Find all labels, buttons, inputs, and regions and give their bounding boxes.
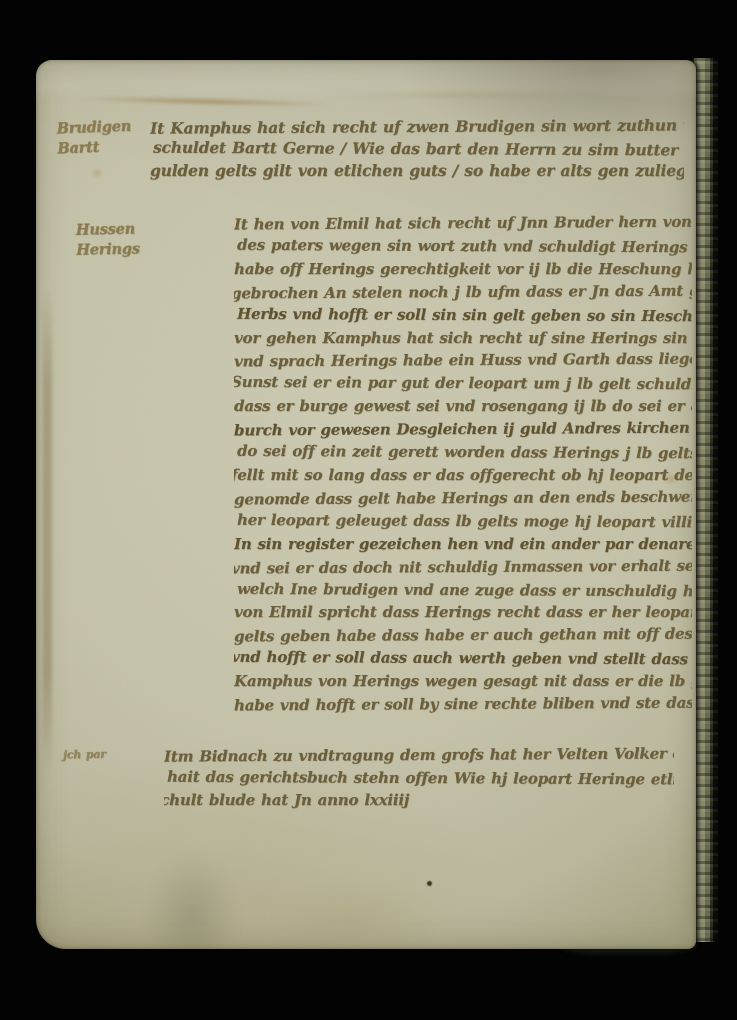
- manuscript-text-line: schult blude hat Jn anno lxxiiij: [164, 789, 674, 812]
- manuscript-text-line: vnd sprach Herings habe ein Huss vnd Gar…: [234, 348, 692, 374]
- bottom-left-smudge: [146, 855, 238, 949]
- manuscript-page: Brudigen Bartt Hussen Herings jch par It…: [36, 60, 696, 949]
- margin-note-line: Bartt: [57, 137, 132, 160]
- margin-note-jch-par: jch par: [63, 745, 106, 766]
- manuscript-text-line: habe off Herings gerechtigkeit vor ij lb…: [234, 258, 692, 281]
- manuscript-text-line: gebrochen An stelen noch j lb ufm dass e…: [234, 279, 692, 305]
- ink-dot: [427, 881, 432, 886]
- manuscript-text-line: burch vor gewesen Desgleichen ij guld An…: [234, 417, 692, 443]
- manuscript-text-line: hait das gerichtsbuch stehn offen Wie hj…: [167, 765, 674, 790]
- manuscript-text-line: gelts geben habe dass habe er auch getha…: [234, 623, 692, 649]
- manuscript-text-line: des paters wegen sin wort zuth vnd schul…: [237, 234, 692, 259]
- manuscript-text-line: vor gehen Kamphus hat sich recht uf sine…: [234, 327, 692, 350]
- paragraph-3: Itm Bidnach zu vndtragung dem grofs hat …: [164, 744, 674, 812]
- manuscript-text-line: do sei off ein zeit gerett worden dass H…: [237, 440, 692, 465]
- manuscript-text-line: Sunst sei er ein par gut der leopart um …: [234, 371, 692, 396]
- manuscript-text-line: Kamphus von Herings wegen gesagt nit das…: [234, 670, 692, 693]
- paragraph-1: It Kamphus hat sich recht uf zwen Brudig…: [150, 116, 684, 182]
- margin-note-brudigen: Brudigen Bartt: [56, 117, 132, 160]
- manuscript-text-line: vnd hofft er soll dass auch werth geben …: [234, 646, 692, 671]
- margin-note-line: Brudigen: [56, 117, 131, 140]
- foxing-spot: [91, 168, 103, 178]
- manuscript-text-line: welch Ine brudigen vnd ane zuge dass er …: [237, 577, 692, 602]
- manuscript-text-line: gulden gelts gilt von etlichen guts / so…: [150, 160, 684, 182]
- top-crease-faint: [316, 92, 616, 98]
- margin-note-hussen-herings: Hussen Herings: [76, 219, 140, 260]
- manuscript-text-line: dass er burge gewest sei vnd rosengang i…: [234, 395, 692, 418]
- bottom-middle-stain: [266, 890, 436, 949]
- manuscript-text-line: Herbs vnd hofft er soll sin sin gelt geb…: [237, 302, 692, 327]
- margin-note-line: Hussen: [76, 219, 140, 240]
- margin-note-line: jch par: [63, 745, 106, 766]
- paragraph-2: It hen von Elmil hat sich recht uf Jnn B…: [234, 212, 692, 716]
- manuscript-text-line: Itm Bidnach zu vndtragung dem grofs hat …: [164, 744, 674, 768]
- manuscript-text-line: fellt mit so lang dass er das offgerecht…: [234, 464, 692, 487]
- manuscript-text-line: In sin register gezeichen hen vnd ein an…: [234, 533, 692, 556]
- manuscript-text-line: her leopart geleuget dass lb gelts moge …: [237, 509, 692, 534]
- manuscript-text-line: genomde dass gelt habe Herings an den en…: [234, 485, 692, 511]
- manuscript-text-line: vnd sei er das doch nit schuldig Inmasse…: [234, 554, 692, 580]
- left-edge-crease: [43, 290, 52, 770]
- manuscript-photo: Brudigen Bartt Hussen Herings jch par It…: [0, 0, 737, 1020]
- manuscript-text-line: habe vnd hofft er soll by sine rechte bl…: [234, 692, 692, 716]
- manuscript-text-line: It hen von Elmil hat sich recht uf Jnn B…: [234, 212, 692, 236]
- manuscript-text-line: schuldet Bartt Gerne / Wie das bart den …: [153, 137, 684, 162]
- margin-note-line: Herings: [76, 239, 140, 260]
- manuscript-text-line: von Elmil spricht dass Herings recht das…: [234, 601, 692, 624]
- top-fold-stain: [74, 95, 336, 108]
